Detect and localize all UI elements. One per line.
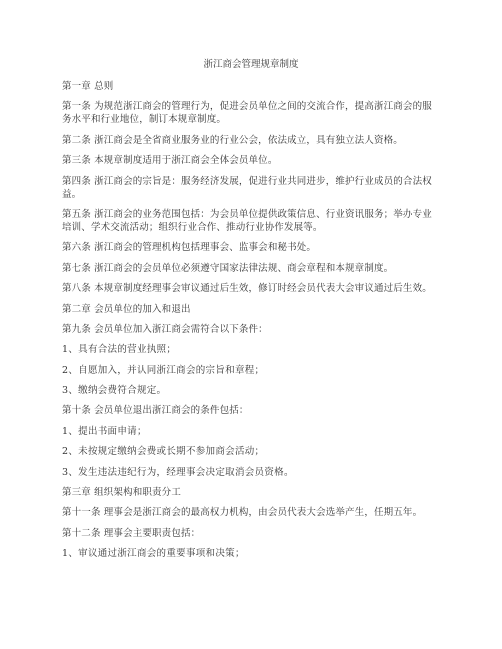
- article-paragraph: 第八条 本规章制度经理事会审议通过后生效，修订时经会员代表大会审议通过后生效。: [62, 282, 438, 295]
- document-title: 浙江商会管理规章制度: [0, 58, 502, 71]
- list-item: 2、未按规定缴纳会费或长期不参加商会活动；: [62, 445, 438, 458]
- list-item: 3、发生违法违纪行为，经理事会决定取消会员资格。: [62, 466, 438, 479]
- list-item: 1、具有合法的营业执照；: [62, 343, 438, 356]
- document-body: 第一章 总则 第一条 为规范浙江商会的管理行为，促进会员单位之间的交流合作，提高…: [62, 80, 438, 568]
- chapter-heading: 第三章 组织架构和职责分工: [62, 486, 438, 499]
- article-paragraph: 第九条 会员单位加入浙江商会需符合以下条件：: [62, 323, 438, 336]
- article-paragraph: 第十条 会员单位退出浙江商会的条件包括：: [62, 404, 438, 417]
- article-paragraph: 第七条 浙江商会的会员单位必须遵守国家法律法规、商会章程和本规章制度。: [62, 262, 438, 275]
- chapter-heading: 第一章 总则: [62, 80, 438, 93]
- article-paragraph: 第六条 浙江商会的管理机构包括理事会、监事会和秘书处。: [62, 241, 438, 254]
- list-item: 3、缴纳会费符合规定。: [62, 384, 438, 397]
- article-paragraph: 第十一条 理事会是浙江商会的最高权力机构，由会员代表大会选举产生，任期五年。: [62, 506, 438, 519]
- article-paragraph: 第五条 浙江商会的业务范围包括：为会员单位提供政策信息、行业资讯服务；举办专业培…: [62, 208, 438, 234]
- article-paragraph: 第四条 浙江商会的宗旨是：服务经济发展，促进行业共同进步，维护行业成员的合法权益…: [62, 175, 438, 201]
- list-item: 1、提出书面申请；: [62, 425, 438, 438]
- article-paragraph: 第三条 本规章制度适用于浙江商会全体会员单位。: [62, 154, 438, 167]
- document-page: 浙江商会管理规章制度 第一章 总则 第一条 为规范浙江商会的管理行为，促进会员单…: [0, 0, 502, 649]
- article-paragraph: 第一条 为规范浙江商会的管理行为，促进会员单位之间的交流合作，提高浙江商会的服务…: [62, 100, 438, 126]
- article-paragraph: 第二条 浙江商会是全省商业服务业的行业公会，依法成立，具有独立法人资格。: [62, 134, 438, 147]
- chapter-heading: 第二章 会员单位的加入和退出: [62, 303, 438, 316]
- list-item: 2、自愿加入，并认同浙江商会的宗旨和章程；: [62, 364, 438, 377]
- list-item: 1、审议通过浙江商会的重要事项和决策；: [62, 547, 438, 560]
- article-paragraph: 第十二条 理事会主要职责包括：: [62, 527, 438, 540]
